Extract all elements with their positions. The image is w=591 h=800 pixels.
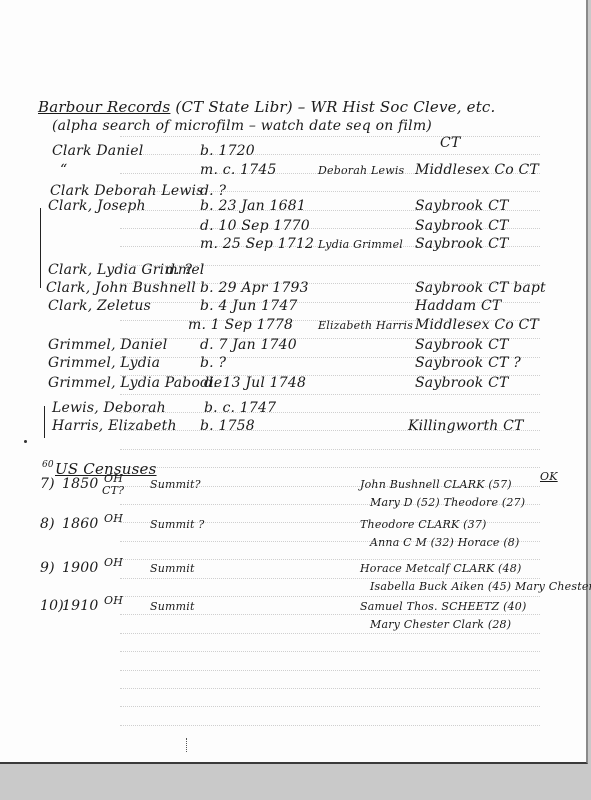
ruled-line (120, 136, 540, 137)
entry-event: d. ? (166, 262, 192, 278)
header-line-2: (alpha search of microfilm – watch date … (52, 118, 432, 134)
census-year: 1850 (62, 476, 98, 492)
census-place: Summit (150, 600, 195, 613)
entry-place: CT (440, 135, 460, 151)
entry-place: Saybrook CT ? (415, 355, 521, 371)
entry-spouse: Lydia Grimmel (318, 238, 403, 251)
entry-place: Saybrook CT (415, 375, 509, 391)
census-state-alt: CT? (102, 484, 124, 497)
ruled-line (120, 596, 540, 597)
entry-event: d. 13 Jul 1748 (204, 375, 306, 391)
ruled-line (120, 449, 540, 450)
census-year: 1860 (62, 516, 98, 532)
header-source: Barbour Records (38, 98, 170, 116)
entry-place: Middlesex Co CT (415, 162, 539, 178)
entry-event: d. 7 Jan 1740 (200, 337, 297, 353)
entry-name: Clark Daniel (52, 143, 143, 159)
entry-name: “ (60, 162, 67, 178)
ruled-line (120, 651, 540, 652)
entry-event: b. 29 Apr 1793 (200, 280, 309, 296)
entry-event: d. 10 Sep 1770 (200, 218, 310, 234)
ruled-line (120, 688, 540, 689)
census-head-of-household: Theodore CLARK (37) (360, 518, 487, 531)
census-household-members: Mary Chester Clark (28) (370, 618, 511, 631)
census-number: 10) (40, 598, 64, 614)
entry-place: Saybrook CT (415, 236, 509, 252)
entry-place: Middlesex Co CT (415, 317, 539, 333)
census-year: 1900 (62, 560, 98, 576)
census-state: OH (104, 594, 123, 607)
census-note: OK (540, 470, 558, 483)
entry-event: b. 4 Jun 1747 (200, 298, 298, 314)
census-number: 8) (40, 516, 55, 532)
entry-event: m. 25 Sep 1712 (200, 236, 314, 252)
entry-name: Grimmel, Lydia (48, 355, 160, 371)
ruled-line (120, 633, 540, 634)
entry-event: m. c. 1745 (200, 162, 277, 178)
census-place: Summit (150, 562, 195, 575)
census-state: OH (104, 512, 123, 525)
ruled-line (120, 154, 540, 155)
entry-event: m. 1 Sep 1778 (188, 317, 293, 333)
census-household-members: Mary D (52) Theodore (27) (370, 496, 525, 509)
census-number: 9) (40, 560, 55, 576)
census-household-members: Anna C M (32) Horace (8) (370, 536, 520, 549)
bracket-joseph-lydia (40, 208, 41, 288)
entry-name: Lewis, Deborah (52, 400, 166, 416)
entry-name: Clark Deborah Lewis (50, 183, 204, 199)
entry-place: Killingworth CT (408, 418, 524, 434)
ruled-line (120, 559, 540, 560)
entry-event: b. c. 1747 (204, 400, 276, 416)
entry-name: Clark, Zeletus (48, 298, 151, 314)
entry-spouse: Deborah Lewis (318, 164, 404, 177)
census-place: Summit? (150, 478, 201, 491)
header-line-1: Barbour Records (CT State Libr) – WR His… (38, 98, 496, 116)
census-state: OH (104, 556, 123, 569)
ruled-line (120, 725, 540, 726)
entry-event: b. ? (200, 355, 226, 371)
entry-name: Grimmel, Daniel (48, 337, 167, 353)
entry-spouse: Elizabeth Harris (318, 319, 413, 332)
entry-place: Saybrook CT (415, 337, 509, 353)
entry-event: b. 1758 (200, 418, 255, 434)
entry-event: d. ? (200, 183, 226, 199)
ruled-line (120, 394, 540, 395)
census-marker: 60 (42, 460, 54, 470)
scanned-page: Barbour Records (CT State Libr) – WR His… (0, 0, 588, 764)
census-number: 7) (40, 476, 55, 492)
entry-event: b. 23 Jan 1681 (200, 198, 306, 214)
page-mark (186, 738, 187, 752)
entry-name: Harris, Elizabeth (52, 418, 177, 434)
entry-place: Saybrook CT (415, 218, 509, 234)
census-head-of-household: Samuel Thos. SCHEETZ (40) (360, 600, 526, 613)
ruled-line (120, 670, 540, 671)
ruled-line (120, 706, 540, 707)
entry-event: b. 1720 (200, 143, 255, 159)
entry-name: Clark, John Bushnell (46, 280, 196, 296)
ruled-line (120, 614, 540, 615)
census-head-of-household: Horace Metcalf CLARK (48) (360, 562, 521, 575)
entry-place: Saybrook CT (415, 198, 509, 214)
entry-name: Clark, Joseph (48, 198, 146, 214)
entry-name: Grimmel, Lydia Pabodie (48, 375, 222, 391)
census-household-members: Isabella Buck Aiken (45) Mary Chester (… (370, 580, 591, 593)
census-year: 1910 (62, 598, 98, 614)
header-rest: (CT State Libr) – WR Hist Soc Cleve, etc… (175, 98, 495, 116)
entry-place: Haddam CT (415, 298, 501, 314)
ruled-line (120, 467, 540, 468)
bracket-lewis-harris (44, 406, 45, 438)
entry-place: Saybrook CT bapt (415, 280, 546, 296)
census-place: Summit ? (150, 518, 204, 531)
ruled-line (120, 412, 540, 413)
ruled-line (120, 578, 540, 579)
margin-dot (24, 440, 27, 443)
census-head-of-household: John Bushnell CLARK (57) (360, 478, 512, 491)
